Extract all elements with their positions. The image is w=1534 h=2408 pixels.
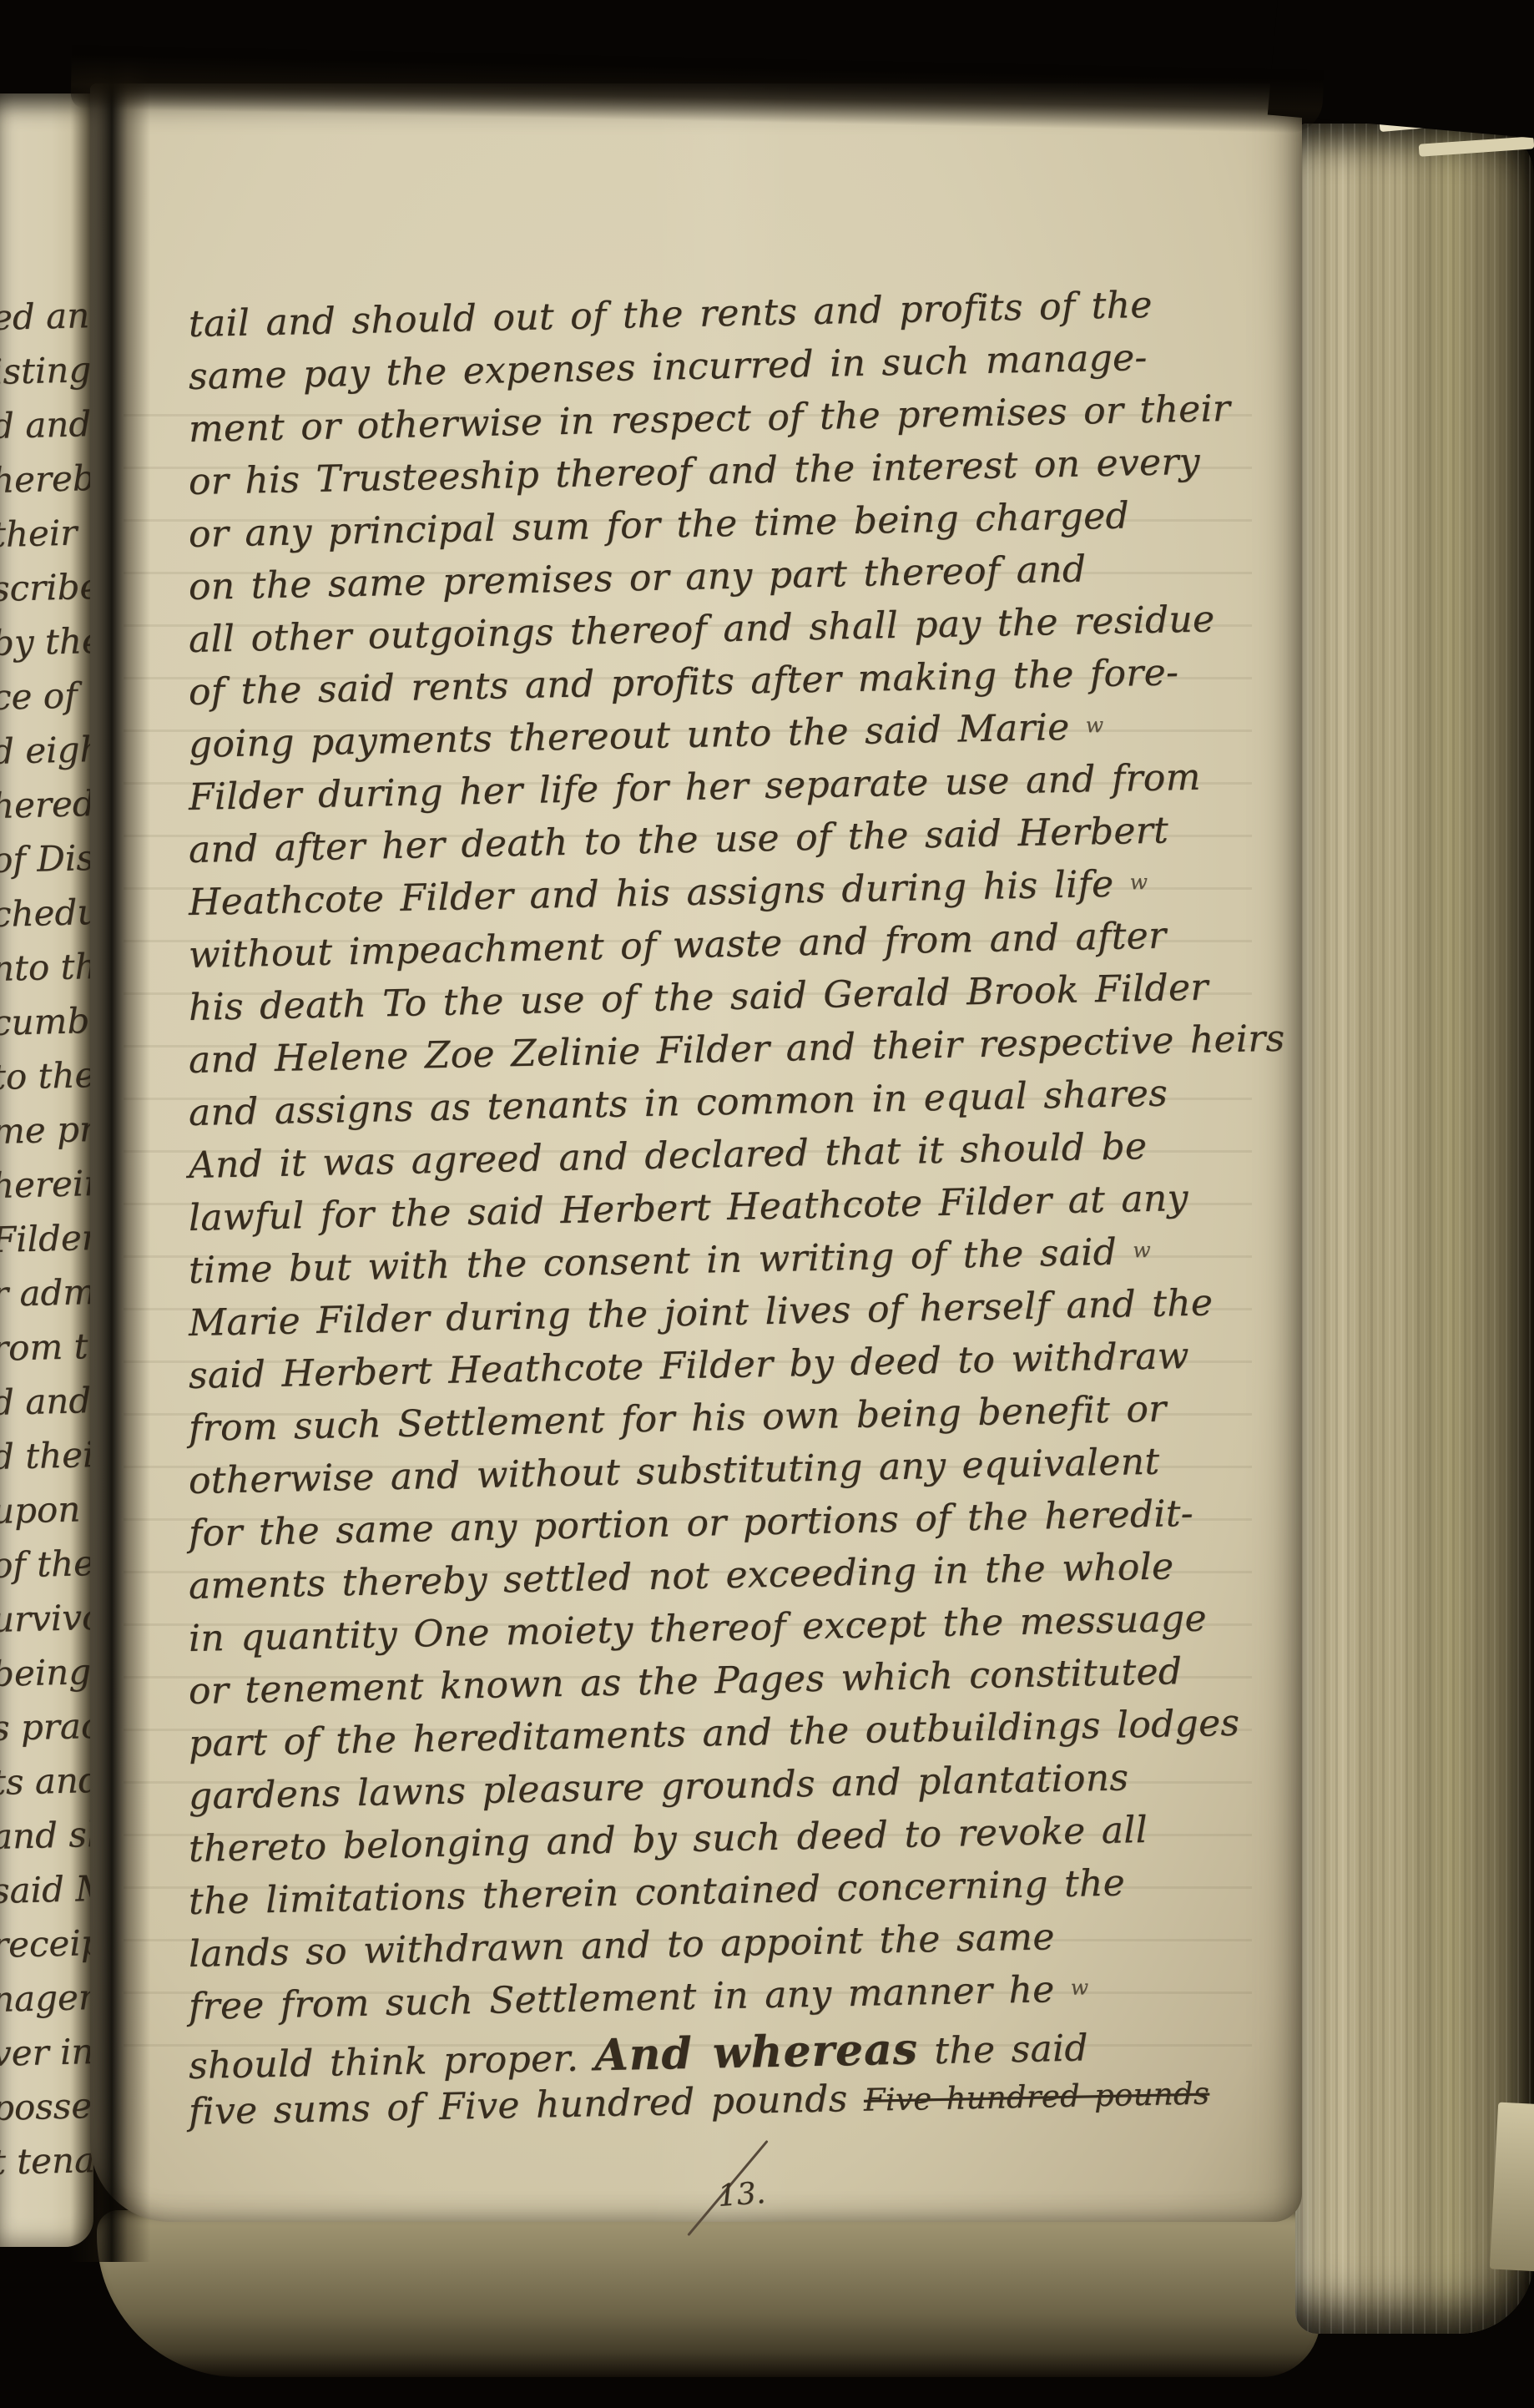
- background-top-right-corner: [1268, 0, 1534, 142]
- left-page-line: cumbran: [0, 1000, 93, 1042]
- left-page-line: receipt an: [0, 1922, 93, 1965]
- left-page-line: ce of the: [0, 674, 93, 717]
- left-page-line: d eight: [0, 729, 93, 771]
- left-page-line: ed and: [0, 295, 93, 337]
- left-page-line: scribed: [0, 567, 93, 608]
- left-page-line: to then: [0, 1055, 93, 1097]
- left-page-line: chedule th: [0, 891, 93, 935]
- left-page-line: rom the d: [0, 1325, 93, 1368]
- page-stack-bottom-edge: [97, 2210, 1320, 2377]
- left-page-line: t tenant: [0, 2140, 93, 2182]
- left-page-line: nagement: [0, 1976, 93, 2019]
- left-page-text: ed andisting estad and shereby contheir …: [0, 93, 93, 2247]
- left-page-line: d and s: [0, 1381, 93, 1422]
- left-page-line: nto the s: [0, 946, 93, 988]
- left-page-line: d and s: [0, 404, 93, 446]
- left-page-line: said Ma: [0, 1869, 93, 1911]
- left-page-partial: ed andisting estad and shereby contheir …: [0, 93, 93, 2247]
- left-page-line: Filder: [0, 1219, 93, 1260]
- left-page-line: d their: [0, 1436, 93, 1477]
- page-number-area: 13.: [718, 2180, 765, 2210]
- left-page-line: r admini: [0, 1272, 93, 1315]
- left-page-line: possession: [0, 2084, 93, 2128]
- left-page-line: ver in tha: [0, 2031, 93, 2073]
- left-page-line: isting esta: [0, 349, 93, 392]
- manuscript-page: [90, 83, 1302, 2222]
- left-page-line: urvivor a: [0, 1597, 93, 1639]
- left-page-line: hereinaf: [0, 1164, 93, 1206]
- page-stack-fore-edge: [1295, 124, 1534, 2334]
- page-number: 13.: [717, 2178, 767, 2212]
- left-page-line: by the be: [0, 620, 93, 663]
- left-page-line: and shou: [0, 1814, 93, 1856]
- left-page-line: their hei: [0, 512, 93, 555]
- left-page-line: of Disenta: [0, 837, 93, 880]
- left-page-line: of them: [0, 1543, 93, 1585]
- left-page-line: being of th: [0, 1650, 93, 1694]
- left-page-line: upon tru: [0, 1489, 93, 1532]
- ledger-photograph: ed andisting estad and shereby contheir …: [0, 0, 1534, 2408]
- left-page-line: s practica: [0, 1705, 93, 1748]
- left-page-line: me prem: [0, 1108, 93, 1151]
- left-page-line: ts and pr: [0, 1759, 93, 1802]
- left-page-line: hereditam: [0, 783, 93, 826]
- left-page-line: hereby con: [0, 457, 93, 500]
